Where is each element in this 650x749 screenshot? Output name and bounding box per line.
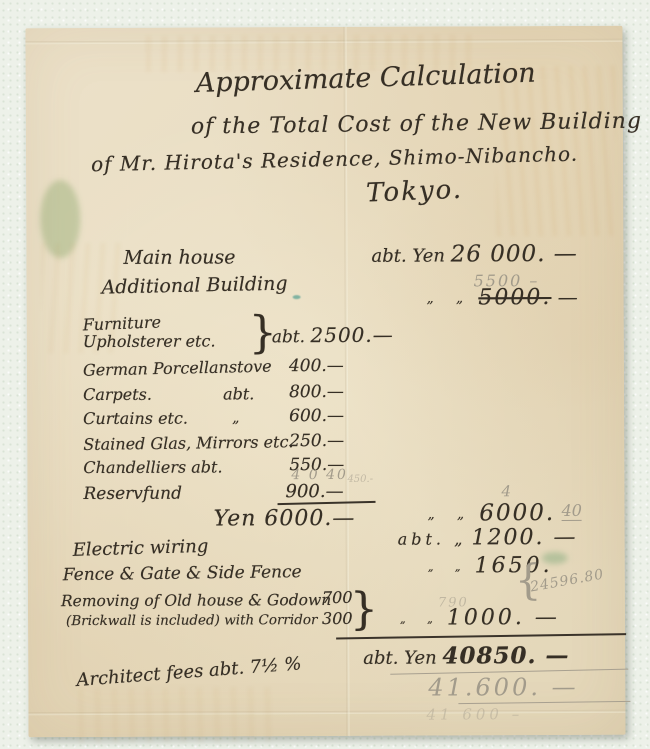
additional-dash: —: [551, 285, 577, 309]
subtotal-left: Yen 6000.—: [214, 507, 356, 531]
item-amount-reservfund: 900.—: [285, 483, 343, 502]
item-prefix-curtains: „: [232, 411, 248, 426]
electric-prefix: abt. „: [398, 529, 467, 548]
furniture-abt: abt.: [272, 327, 305, 347]
electric-wiring-amount: abt. „ 1200. —: [398, 526, 578, 550]
additional-amount: „ „ 5000. —: [427, 286, 578, 310]
subtotal-right: „ „ 6000. 40: [428, 501, 582, 526]
fold-crease-top: [26, 39, 623, 45]
pencil-total-value: 41.600. —: [428, 675, 578, 701]
main-house-value: 26 000. —: [451, 241, 578, 268]
additional-value-struck: 5000.: [478, 285, 551, 310]
removing-value: 1000. —: [447, 605, 560, 630]
item-label-stained-glas: Stained Glas, Mirrors etc.: [83, 434, 293, 454]
electric-wiring-label: Electric wiring: [72, 538, 208, 561]
item-label-curtains: Curtains etc.: [83, 411, 188, 428]
document-photo: Approximate Calculation of the Total Cos…: [0, 0, 650, 749]
item-prefix-carpets: abt.: [223, 386, 254, 403]
title-line-4: Tokyo.: [366, 177, 464, 208]
furniture-label-2: Upholsterer etc.: [83, 333, 216, 350]
fence-label: Fence & Gate & Side Fence: [63, 564, 302, 585]
item-label-reservfund: Reservfund: [83, 486, 182, 504]
electric-value: 1200. —: [471, 525, 577, 550]
removing-line-1: Removing of Old house & Godown: [61, 592, 331, 609]
title-line-1: Approximate Calculation: [180, 59, 551, 99]
total-value: 40850. —: [442, 642, 569, 670]
removing-line-2: (Brickwall is included) with Corridor: [66, 613, 317, 628]
item-label-carpets: Carpets.: [83, 387, 152, 404]
removing-amount: „ „ 1000. —: [400, 606, 560, 630]
additional-ditto: „ „: [427, 290, 472, 306]
paper-sheet: Approximate Calculation of the Total Cos…: [25, 26, 625, 738]
removing-line-2-amount: 300: [322, 611, 353, 628]
item-label-porcellanstove: German Porcellanstove: [83, 359, 272, 380]
teal-speck: [293, 295, 301, 299]
bleedthrough-bottom: [78, 687, 278, 743]
item-amount-porcellanstove: 400.—: [289, 358, 344, 376]
removing-line-1-amount: 700: [322, 590, 353, 607]
item-label-chandelliers: Chandelliers abt.: [83, 459, 222, 476]
title-line-3: of Mr. Hirota's Residence, Shimo-Nibanch…: [91, 144, 578, 176]
furniture-value: 2500.—: [310, 323, 393, 347]
furniture-amount: abt. 2500.—: [272, 325, 394, 347]
item-amount-curtains: 600.—: [289, 408, 344, 426]
fold-crease-bottom: [28, 710, 625, 716]
additional-building-label: Additional Building: [101, 275, 287, 299]
removing-brace: }: [350, 587, 378, 633]
reservfund-pencil-side: 450.-: [347, 475, 373, 486]
main-house-label: Main house: [123, 248, 235, 268]
pencil-total-faint: 41 600 –: [426, 707, 523, 723]
removing-ditto: „ „: [400, 612, 442, 625]
subtotal-pencil-four: 4: [501, 484, 511, 500]
architect-fee-note: Architect fees abt. 7½ %: [76, 655, 302, 691]
title-line-2: of the Total Cost of the New Building: [191, 110, 642, 139]
pencil-rule-lower: [458, 701, 630, 704]
total-line: abt. Yen 40850. —: [363, 644, 569, 669]
total-rule: [336, 633, 626, 639]
item-amount-carpets: 800.—: [289, 384, 344, 402]
subtotal-right-value: 6000.: [479, 500, 555, 526]
subtotal-ditto: „ „: [428, 506, 473, 522]
main-house-amount: abt. Yen 26 000. —: [371, 242, 577, 267]
main-house-prefix: abt. Yen: [371, 245, 445, 266]
fence-ditto: „ „: [428, 560, 470, 573]
total-prefix: abt. Yen: [363, 648, 437, 669]
green-stain: [40, 180, 80, 258]
item-amount-stained-glas: 250.—: [289, 433, 344, 451]
subtotal-pencil-cents: 40: [562, 501, 582, 521]
